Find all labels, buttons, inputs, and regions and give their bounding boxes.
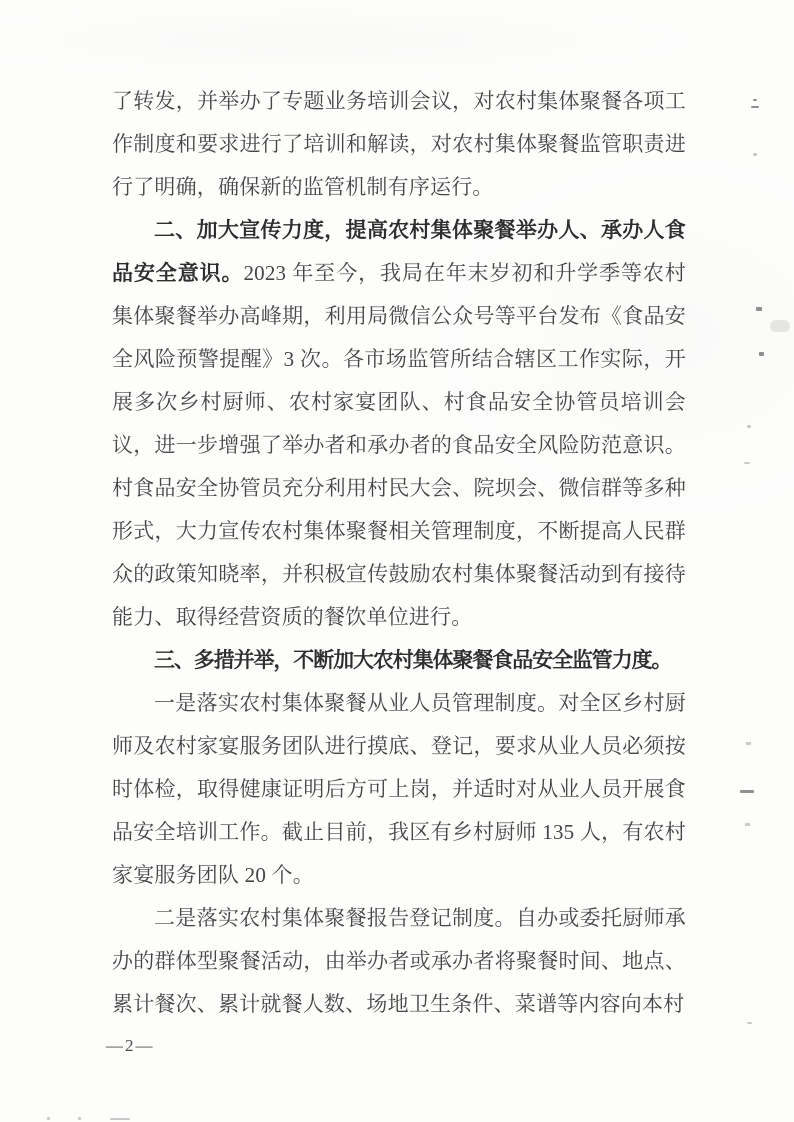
scan-speck: [745, 823, 750, 826]
scan-speck: [744, 462, 750, 464]
scan-speck: [753, 99, 757, 101]
scan-speck: [746, 742, 751, 745]
text-run: 二是落实农村集体聚餐报告登记制度。自办或委托厨师承办的群体型聚餐活动，由举办者或…: [112, 906, 686, 1016]
paragraph: 一是落实农村集体聚餐从业人员管理制度。对全区乡村厨师及农村家宴服务团队进行摸底、…: [112, 682, 686, 897]
scan-speck: [753, 153, 757, 156]
paragraph: 二是落实农村集体聚餐报告登记制度。自办或委托厨师承办的群体型聚餐活动，由举办者或…: [112, 897, 686, 1026]
scan-speck: [740, 790, 754, 793]
document-page: 了转发，并举办了专题业务培训会议，对农村集体聚餐各项工作制度和要求进行了培训和解…: [0, 0, 794, 1122]
scan-speck: [747, 1022, 752, 1024]
paragraph: 了转发，并举办了专题业务培训会议，对农村集体聚餐各项工作制度和要求进行了培训和解…: [112, 80, 686, 209]
scan-speck: [747, 425, 751, 428]
bold-text-run: 三、多措并举，不断加大农村集体聚餐食品安全监管力度。: [154, 648, 671, 672]
scan-speck: [47, 1117, 50, 1120]
paragraph: 三、多措并举，不断加大农村集体聚餐食品安全监管力度。: [112, 639, 686, 682]
text-run: 一是落实农村集体聚餐从业人员管理制度。对全区乡村厨师及农村家宴服务团队进行摸底、…: [112, 691, 686, 887]
text-run: 2023 年至今，我局在年末岁初和升学季等农村集体聚餐举办高峰期，利用局微信公众…: [112, 261, 686, 629]
scan-speck: [759, 352, 764, 356]
document-body: 了转发，并举办了专题业务培训会议，对农村集体聚餐各项工作制度和要求进行了培训和解…: [112, 80, 686, 1026]
text-run: 了转发，并举办了专题业务培训会议，对农村集体聚餐各项工作制度和要求进行了培训和解…: [112, 89, 686, 199]
scan-speck: [110, 1118, 130, 1120]
paragraph: 二、加大宣传力度，提高农村集体聚餐举办人、承办人食品安全意识。2023 年至今，…: [112, 209, 686, 639]
scan-speck: [78, 1117, 81, 1120]
scan-speck: [770, 320, 790, 332]
scan-speck: [751, 106, 759, 108]
page-number: —2—: [106, 1034, 155, 1058]
scan-speck: [756, 307, 762, 311]
